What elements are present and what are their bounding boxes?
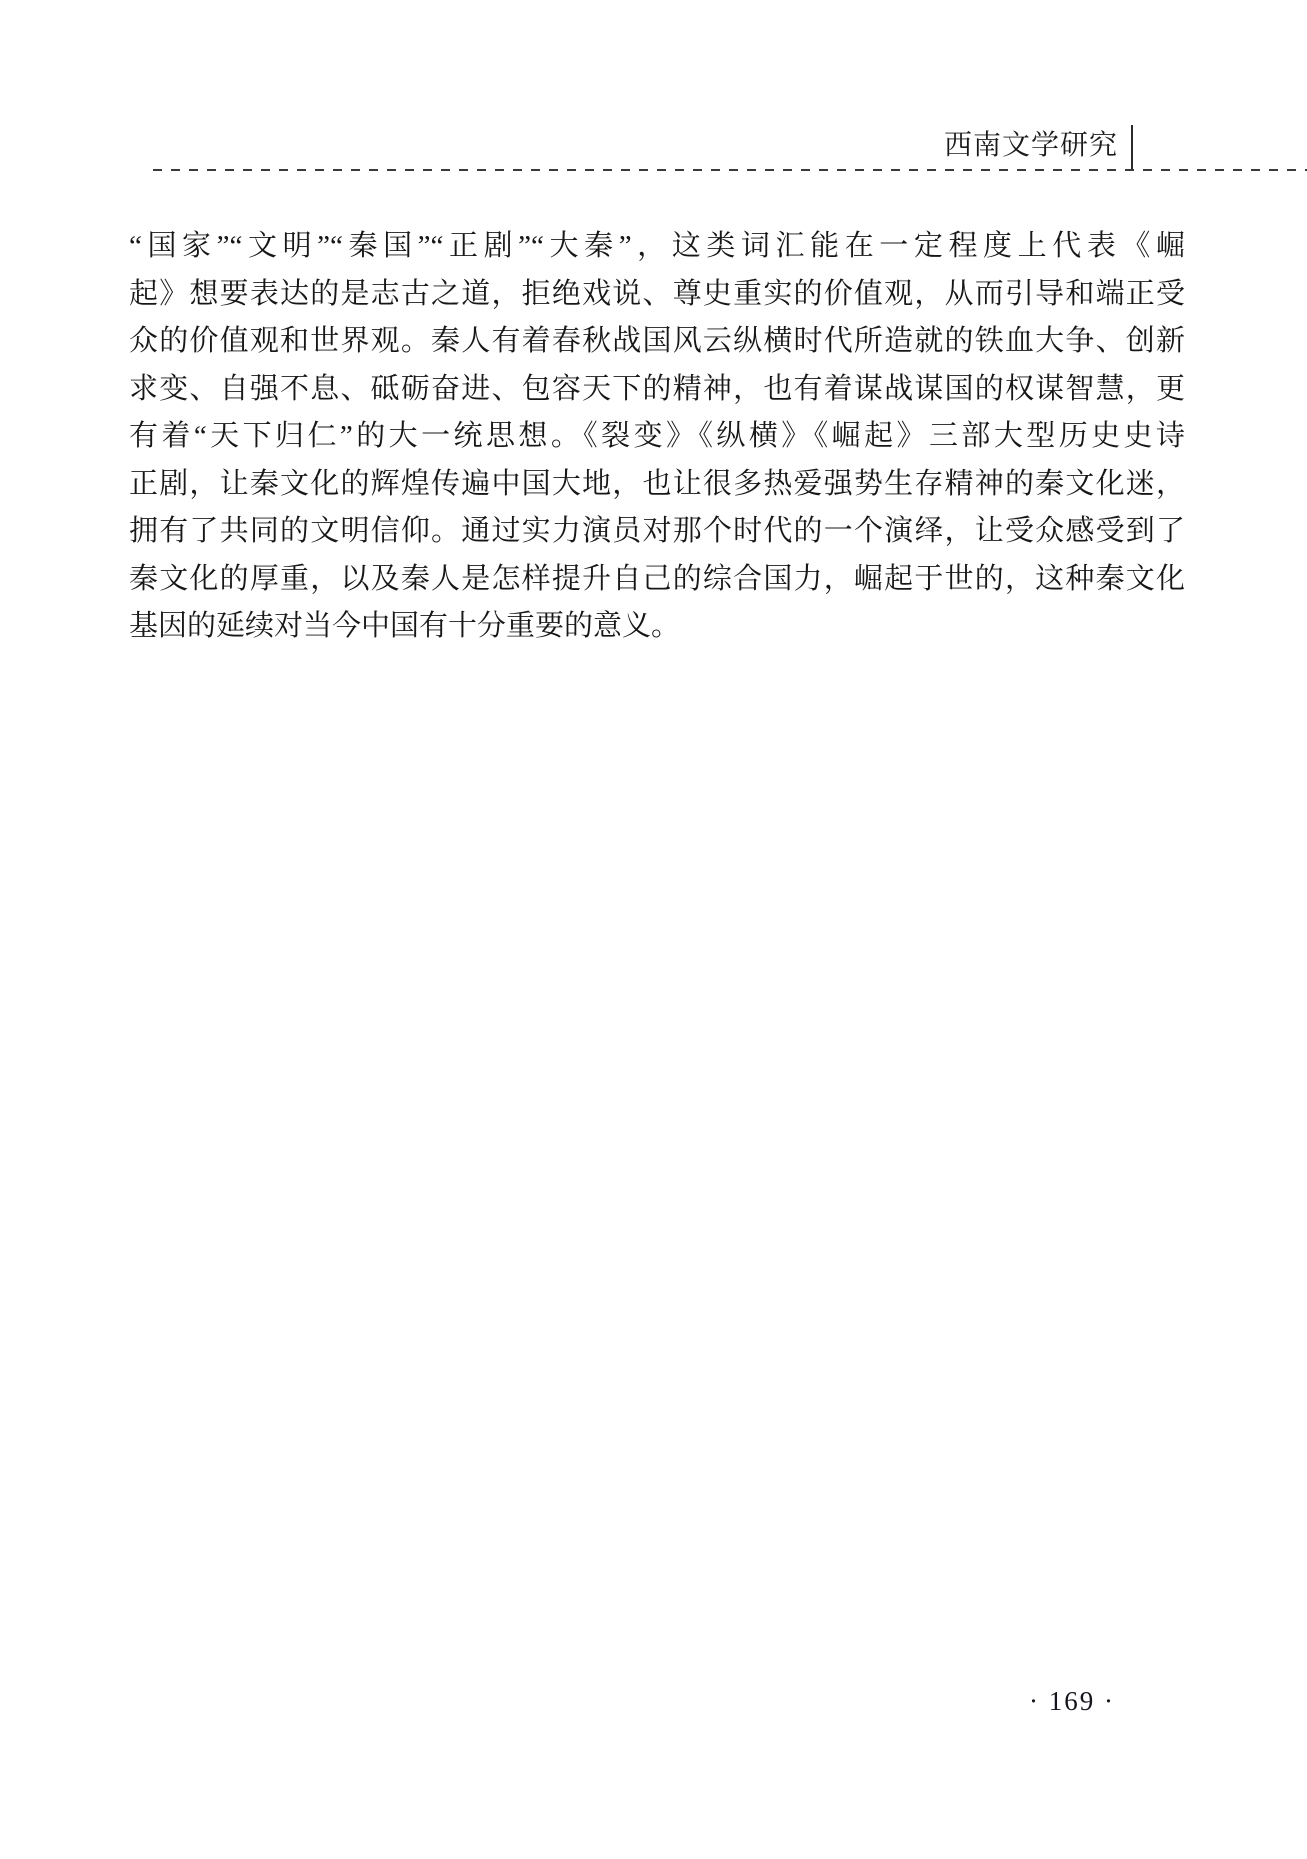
paragraph-line: 秦文化的厚重，以及秦人是怎样提升自己的综合国力，崛起于世的，这种秦文化: [129, 556, 1185, 604]
paragraph-line: 众的价值观和世界观。秦人有着春秋战国风云纵横时代所造就的铁血大争、创新: [129, 318, 1185, 366]
header-vertical-rule: [1131, 125, 1133, 171]
paragraph-line: 正剧，让秦文化的辉煌传遍中国大地，也让很多热爱强势生存精神的秦文化迷，: [129, 461, 1185, 509]
paragraph-line: 基因的延续对当今中国有十分重要的意义。: [129, 603, 1185, 651]
paragraph-line: “国家”“文明”“秦国”“正剧”“大秦”，这类词汇能在一定程度上代表《崛: [129, 223, 1185, 271]
running-head-journal-title: 西南文学研究: [944, 129, 1118, 163]
paragraph-line: 起》想要表达的是志古之道，拒绝戏说、尊史重实的价值观，从而引导和端正受: [129, 271, 1185, 319]
page-number: · 169 ·: [1029, 1686, 1115, 1717]
paragraph-line: 求变、自强不息、砥砺奋进、包容天下的精神，也有着谋战谋国的权谋智慧，更: [129, 366, 1185, 414]
document-page: 西南文学研究 “国家”“文明”“秦国”“正剧”“大秦”，这类词汇能在一定程度上代…: [0, 0, 1307, 1859]
header-dashed-divider: [153, 169, 1307, 171]
body-paragraph: “国家”“文明”“秦国”“正剧”“大秦”，这类词汇能在一定程度上代表《崛 起》想…: [129, 223, 1185, 651]
paragraph-line: 有着“天下归仁”的大一统思想。《裂变》《纵横》《崛起》三部大型历史史诗: [129, 413, 1185, 461]
paragraph-line: 拥有了共同的文明信仰。通过实力演员对那个时代的一个演绎，让受众感受到了: [129, 508, 1185, 556]
